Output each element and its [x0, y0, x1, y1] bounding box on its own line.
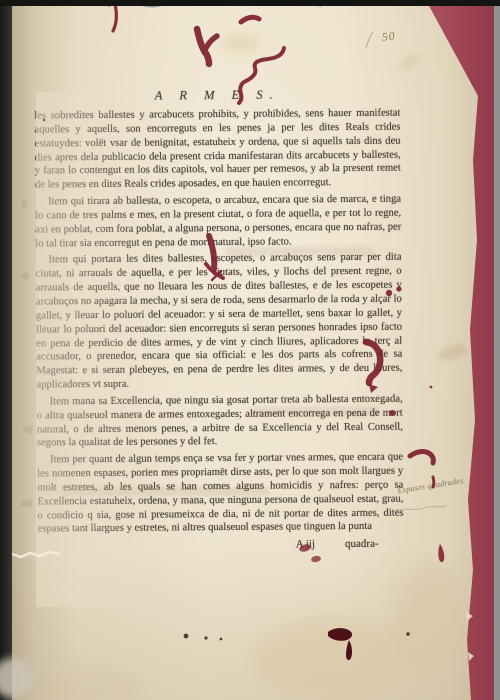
body-paragraph: Item mana sa Excellencia, que ningu sia …: [37, 392, 403, 450]
catchword: quadra-: [345, 537, 379, 551]
body-paragraph: les sobredites ballestes y arcabucets pr…: [34, 107, 401, 193]
text-block: A R M E S. les sobredites ballestes y ar…: [34, 87, 404, 554]
scanner-edge-left: [0, 0, 12, 700]
paper-stain: [397, 50, 423, 73]
paper-stain: [40, 668, 140, 700]
book-page-scan: A R M E S. les sobredites ballestes y ar…: [0, 0, 500, 700]
paper-stain: [392, 560, 464, 680]
body-paragraph: Item qui tirara ab ballesta, o escopeta,…: [35, 193, 401, 251]
margin-item-numeral: ij: [22, 199, 27, 209]
margin-item-numeral: iij: [21, 270, 29, 280]
running-head: A R M E S.: [34, 87, 400, 105]
body-paragraph: Item per quant de algun temps ença se vs…: [37, 451, 404, 537]
direction-line: A iij quadra-: [38, 537, 404, 554]
paper-stain: [250, 616, 420, 700]
margin-item-numeral: iiij: [23, 424, 33, 434]
signature-mark: A iij: [296, 538, 315, 552]
scanner-edge-top: [0, 0, 500, 6]
paper-stain: [437, 342, 470, 364]
margin-item-numeral: xiij: [21, 498, 33, 508]
paper-stain: [222, 32, 260, 54]
folio-number: 50: [381, 30, 396, 43]
body-paragraph: Item qui portara les dites ballestes, es…: [35, 251, 402, 392]
